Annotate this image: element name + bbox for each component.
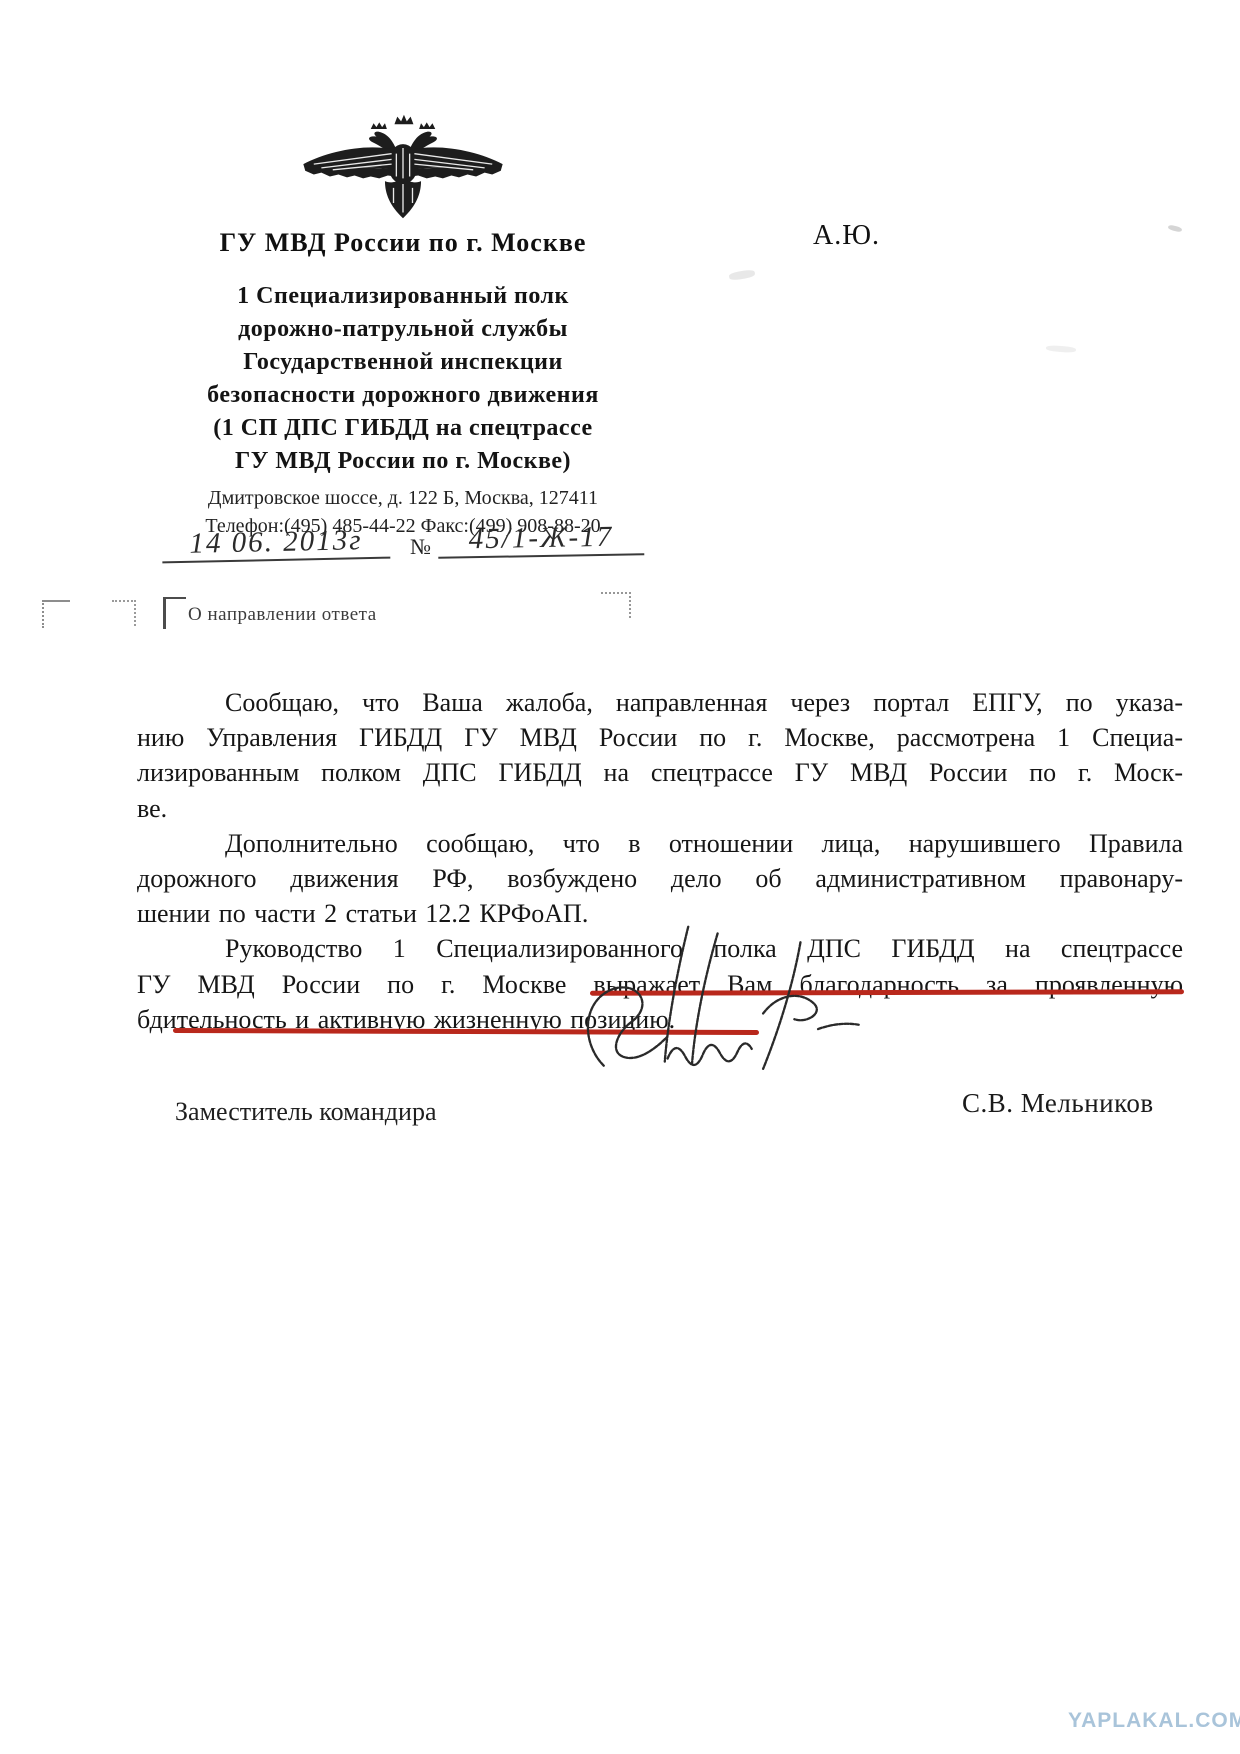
corner-mark: [112, 600, 136, 626]
unit-line: дорожно-патрульной службы: [138, 313, 668, 346]
signer-name: С.В. Мельников: [962, 1088, 1154, 1119]
unit-line: ГУ МВД России по г. Москве): [138, 445, 668, 478]
scan-artifact: [1046, 345, 1076, 353]
body-line: Сообщаю, что Ваша жалоба, направленная ч…: [137, 685, 1183, 720]
unit-line: безопасности дорожного движения: [138, 379, 668, 412]
letterhead: ГУ МВД России по г. Москве 1 Специализир…: [138, 110, 668, 538]
letterhead-address: Дмитровское шоссе, д. 122 Б, Москва, 127…: [138, 487, 668, 510]
unit-name-block: 1 Специализированный полк дорожно-патрул…: [138, 280, 668, 478]
body-line: нию Управления ГИБДД ГУ МВД России по г.…: [137, 720, 1183, 755]
handwritten-number: 45/1-Ж-17: [438, 520, 645, 559]
body-line: Дополнительно сообщаю, что в отношении л…: [137, 826, 1183, 861]
scanned-letter-page: ГУ МВД России по г. Москве 1 Специализир…: [0, 0, 1240, 1754]
outgoing-ref-row: 14 06. 2013г № 45/1-Ж-17: [158, 524, 638, 570]
unit-line: (1 СП ДПС ГИБДД на спецтрассе: [138, 412, 668, 445]
subject-label: О направлении ответа: [188, 604, 377, 626]
handwritten-signature-icon: [565, 913, 871, 1088]
mvd-double-headed-eagle-icon: [297, 110, 509, 222]
signer-position-title: Заместитель командира: [175, 1097, 437, 1127]
corner-mark: [601, 592, 631, 618]
handwritten-date: 14 06. 2013г: [162, 524, 391, 564]
unit-line: 1 Специализированный полк: [138, 280, 668, 313]
body-line: дорожного движения РФ, возбуждено дело о…: [137, 861, 1183, 896]
body-line: лизированным полком ДПС ГИБДД на спецтра…: [137, 755, 1183, 790]
scan-artifact: [1168, 224, 1183, 232]
body-line: ве.: [137, 791, 1183, 826]
unit-line: Государственной инспекции: [138, 346, 668, 379]
addressee-initials: А.Ю.: [813, 220, 880, 252]
corner-mark: [163, 597, 186, 629]
number-sign: №: [410, 534, 431, 560]
org-title: ГУ МВД России по г. Москве: [138, 228, 668, 258]
corner-mark: [42, 600, 70, 628]
site-watermark: YAPLAKAL.COM: [1068, 1709, 1240, 1733]
scan-artifact: [729, 269, 756, 281]
